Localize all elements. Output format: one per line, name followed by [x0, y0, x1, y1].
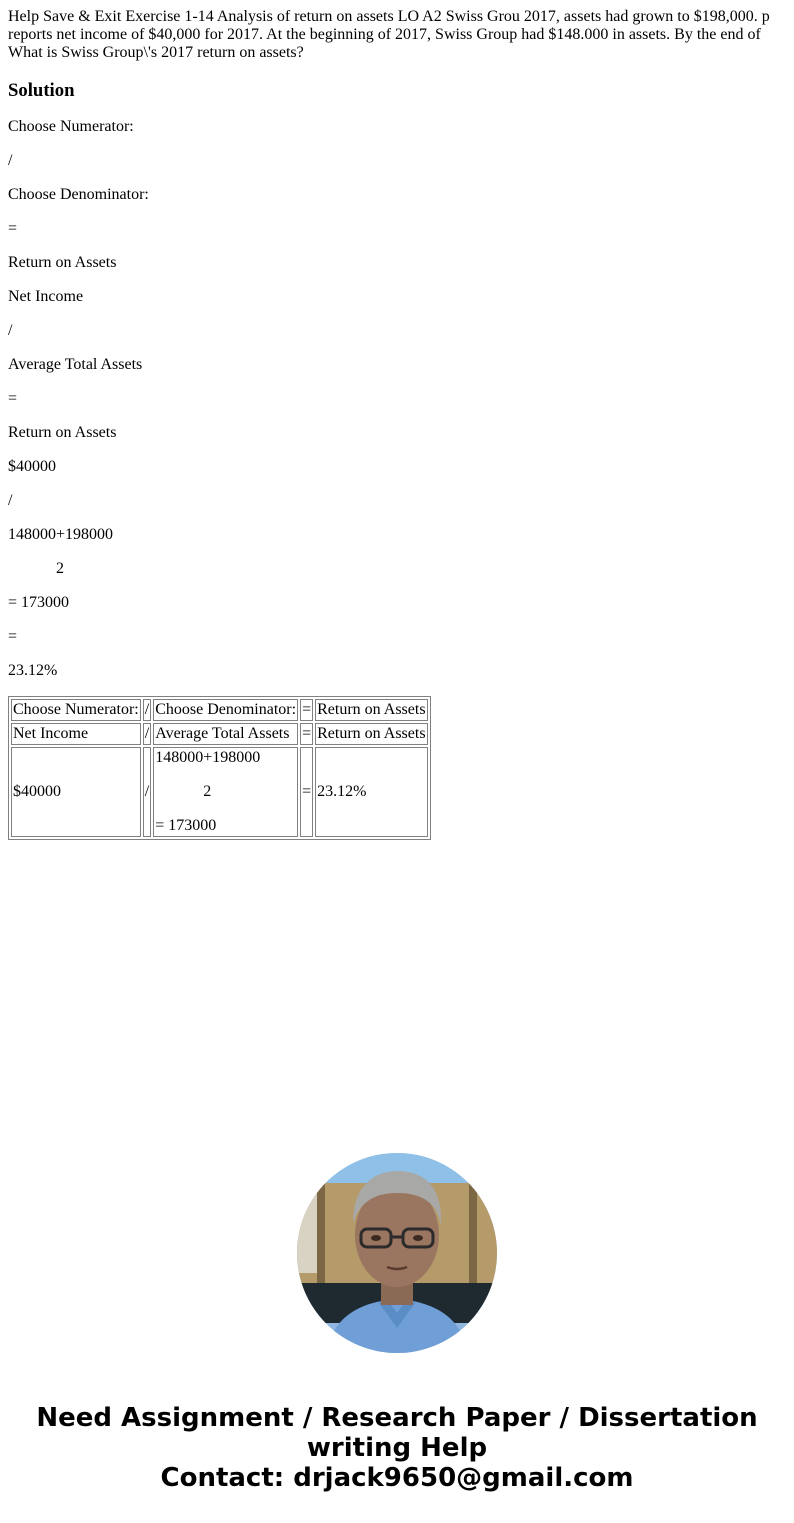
step-assets-sum: 148000+198000 — [8, 526, 786, 544]
solution-heading: Solution — [8, 80, 786, 102]
numerator-cell: $40000 — [11, 747, 141, 837]
step-average-assets-value: = 173000 — [8, 594, 786, 612]
tutor-photo-icon — [297, 1153, 497, 1353]
step-denominator-label: Choose Denominator: — [8, 186, 786, 204]
result-cell: Return on Assets — [315, 723, 427, 745]
numerator-cell: Choose Numerator: — [11, 699, 141, 721]
step-equals-sign: = — [8, 220, 786, 238]
step-divide-sign: / — [8, 152, 786, 170]
step-equals-sign: = — [8, 390, 786, 408]
operator-cell: = — [300, 723, 313, 745]
step-net-income: Net Income — [8, 288, 786, 306]
solution-steps: Choose Numerator: / Choose Denominator: … — [8, 118, 786, 680]
step-divide-sign: / — [8, 322, 786, 340]
step-numerator-label: Choose Numerator: — [8, 118, 786, 136]
step-average-total-assets: Average Total Assets — [8, 356, 786, 374]
avatar — [297, 1153, 497, 1353]
step-divisor: 2 — [8, 560, 786, 578]
denominator-cell: Choose Denominator: — [153, 699, 298, 721]
footer-line-1: Need Assignment / Research Paper / Disse… — [0, 1403, 794, 1433]
step-roa-value: 23.12% — [8, 662, 786, 680]
numerator-cell: Net Income — [11, 723, 141, 745]
question-text: Help Save & Exit Exercise 1-14 Analysis … — [8, 8, 786, 62]
operator-cell: = — [300, 747, 313, 837]
step-divide-sign: / — [8, 492, 786, 510]
operator-cell: / — [143, 747, 151, 837]
operator-cell: / — [143, 699, 151, 721]
result-cell: 23.12% — [315, 747, 427, 837]
result-cell: Return on Assets — [315, 699, 427, 721]
average-assets-value: = 173000 — [155, 817, 296, 835]
step-result-label: Return on Assets — [8, 254, 786, 272]
assets-sum: 148000+198000 — [155, 749, 296, 767]
table-row: Choose Numerator: / Choose Denominator: … — [11, 699, 428, 721]
step-equals-sign: = — [8, 628, 786, 646]
footer-contact: Contact: drjack9650@gmail.com — [0, 1463, 794, 1493]
table-row: Net Income / Average Total Assets = Retu… — [11, 723, 428, 745]
footer-line-2: writing Help — [0, 1433, 794, 1463]
step-net-income-value: $40000 — [8, 458, 786, 476]
table-row: $40000 / 148000+198000 2 = 173000 = 23.1… — [11, 747, 428, 837]
denominator-cell: Average Total Assets — [153, 723, 298, 745]
step-return-on-assets: Return on Assets — [8, 424, 786, 442]
operator-cell: = — [300, 699, 313, 721]
denominator-cell: 148000+198000 2 = 173000 — [153, 747, 298, 837]
page-content: Help Save & Exit Exercise 1-14 Analysis … — [0, 0, 794, 840]
divisor: 2 — [155, 783, 296, 801]
operator-cell: / — [143, 723, 151, 745]
calculation-table: Choose Numerator: / Choose Denominator: … — [8, 696, 431, 840]
footer-advertisement: Need Assignment / Research Paper / Disse… — [0, 1403, 794, 1493]
